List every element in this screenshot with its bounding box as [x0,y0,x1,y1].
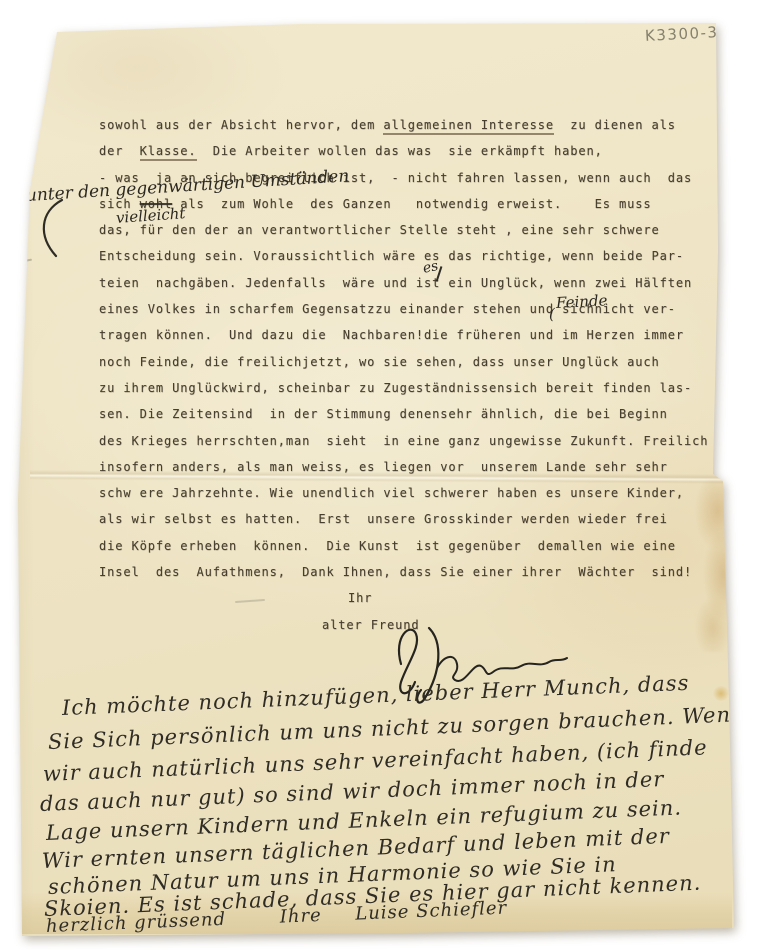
letter-paper: K3300-3 sowohl aus der Absicht hervor, d… [0,0,757,950]
typed-line: die Köpfe erheben können. Die Kunst ist … [99,533,708,559]
typed-line: das, für den der an verantwortlicher Ste… [99,217,708,243]
typed-line: zu ihrem Unglückwird, scheinbar zu Zuges… [99,375,708,401]
typed-line: Insel des Aufathmens, Dank Ihnen, dass S… [99,559,708,585]
insert-feinde: Feinde [556,291,608,312]
typed-line: sen. Die Zeitensind in der Stimmung dene… [99,401,708,427]
catalog-number: K3300-3 [645,23,719,45]
typed-line: tragen können. Und dazu die Nachbaren!di… [99,322,708,348]
scanned-letter-page: K3300-3 sowohl aus der Absicht hervor, d… [0,0,757,950]
margin-paren-mark [36,198,66,260]
typed-line: der Klasse. Die Arbeiter wollen das was … [99,138,708,164]
closing-ihr: Ihr [348,591,372,605]
stain-dot [712,686,730,701]
insert-feinde-caret: ( [549,305,555,323]
typed-line: Entscheidung sein. Voraussichtlich wäre … [99,243,708,269]
pencil-mark-near-closing [235,599,265,603]
typed-line: sowohl aus der Absicht hervor, dem allge… [99,112,708,138]
typed-line: des Krieges herrschten,man sieht in eine… [99,428,708,454]
typed-line: als wir selbst es hatten. Erst unsere Gr… [99,506,708,532]
typed-line: noch Feinde, die freilichjetzt, wo sie s… [99,349,708,375]
typed-line: teien nachgäben. Jedenfalls wäre und ist… [99,270,708,296]
pencil-mark-left-margin [16,259,32,264]
paper-wrapper: K3300-3 sowohl aus der Absicht hervor, d… [0,0,757,950]
typed-line: schw ere Jahrzehnte. Wie unendlich viel … [99,480,708,506]
typed-line: insofern anders, als man weiss, es liege… [99,454,708,480]
typed-line: eines Volkes in scharfem Gegensatzzu ein… [99,296,708,322]
